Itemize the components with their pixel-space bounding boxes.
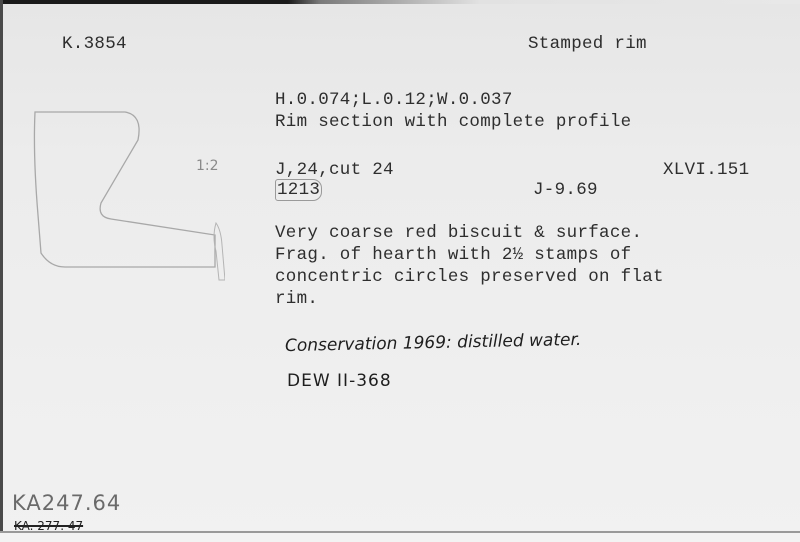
object-title: Stamped rim: [528, 34, 647, 55]
rim-profile-drawing: [25, 95, 225, 285]
dew-reference: DEW II-368: [287, 371, 392, 391]
description-line: Frag. of hearth with 2½ stamps of: [275, 245, 631, 266]
inventory-number: KA247.64: [12, 491, 121, 515]
description-line: rim.: [275, 289, 318, 310]
drawing-scale: 1:2: [196, 158, 219, 174]
conservation-note: Conservation 1969: distilled water.: [285, 330, 582, 356]
card-left-edge: [0, 0, 3, 542]
description-line: concentric circles preserved on flat: [275, 267, 664, 288]
findspot: J,24,cut 24: [275, 160, 394, 181]
lot-number-circled: 1213: [275, 179, 322, 201]
lot-number: 1213: [275, 180, 322, 201]
description-short: Rim section with complete profile: [275, 112, 631, 133]
catalog-card: K.3854 Stamped rim H.0.074;L.0.12;W.0.03…: [0, 0, 800, 542]
catalog-number: K.3854: [62, 34, 127, 55]
card-top-edge: [0, 0, 800, 4]
photo-reference: J-9.69: [533, 180, 598, 201]
reference-number: XLVI.151: [663, 160, 749, 181]
card-bottom-edge: [0, 531, 800, 542]
dimensions: H.0.074;L.0.12;W.0.037: [275, 90, 513, 111]
description-line: Very coarse red biscuit & surface.: [275, 223, 642, 244]
